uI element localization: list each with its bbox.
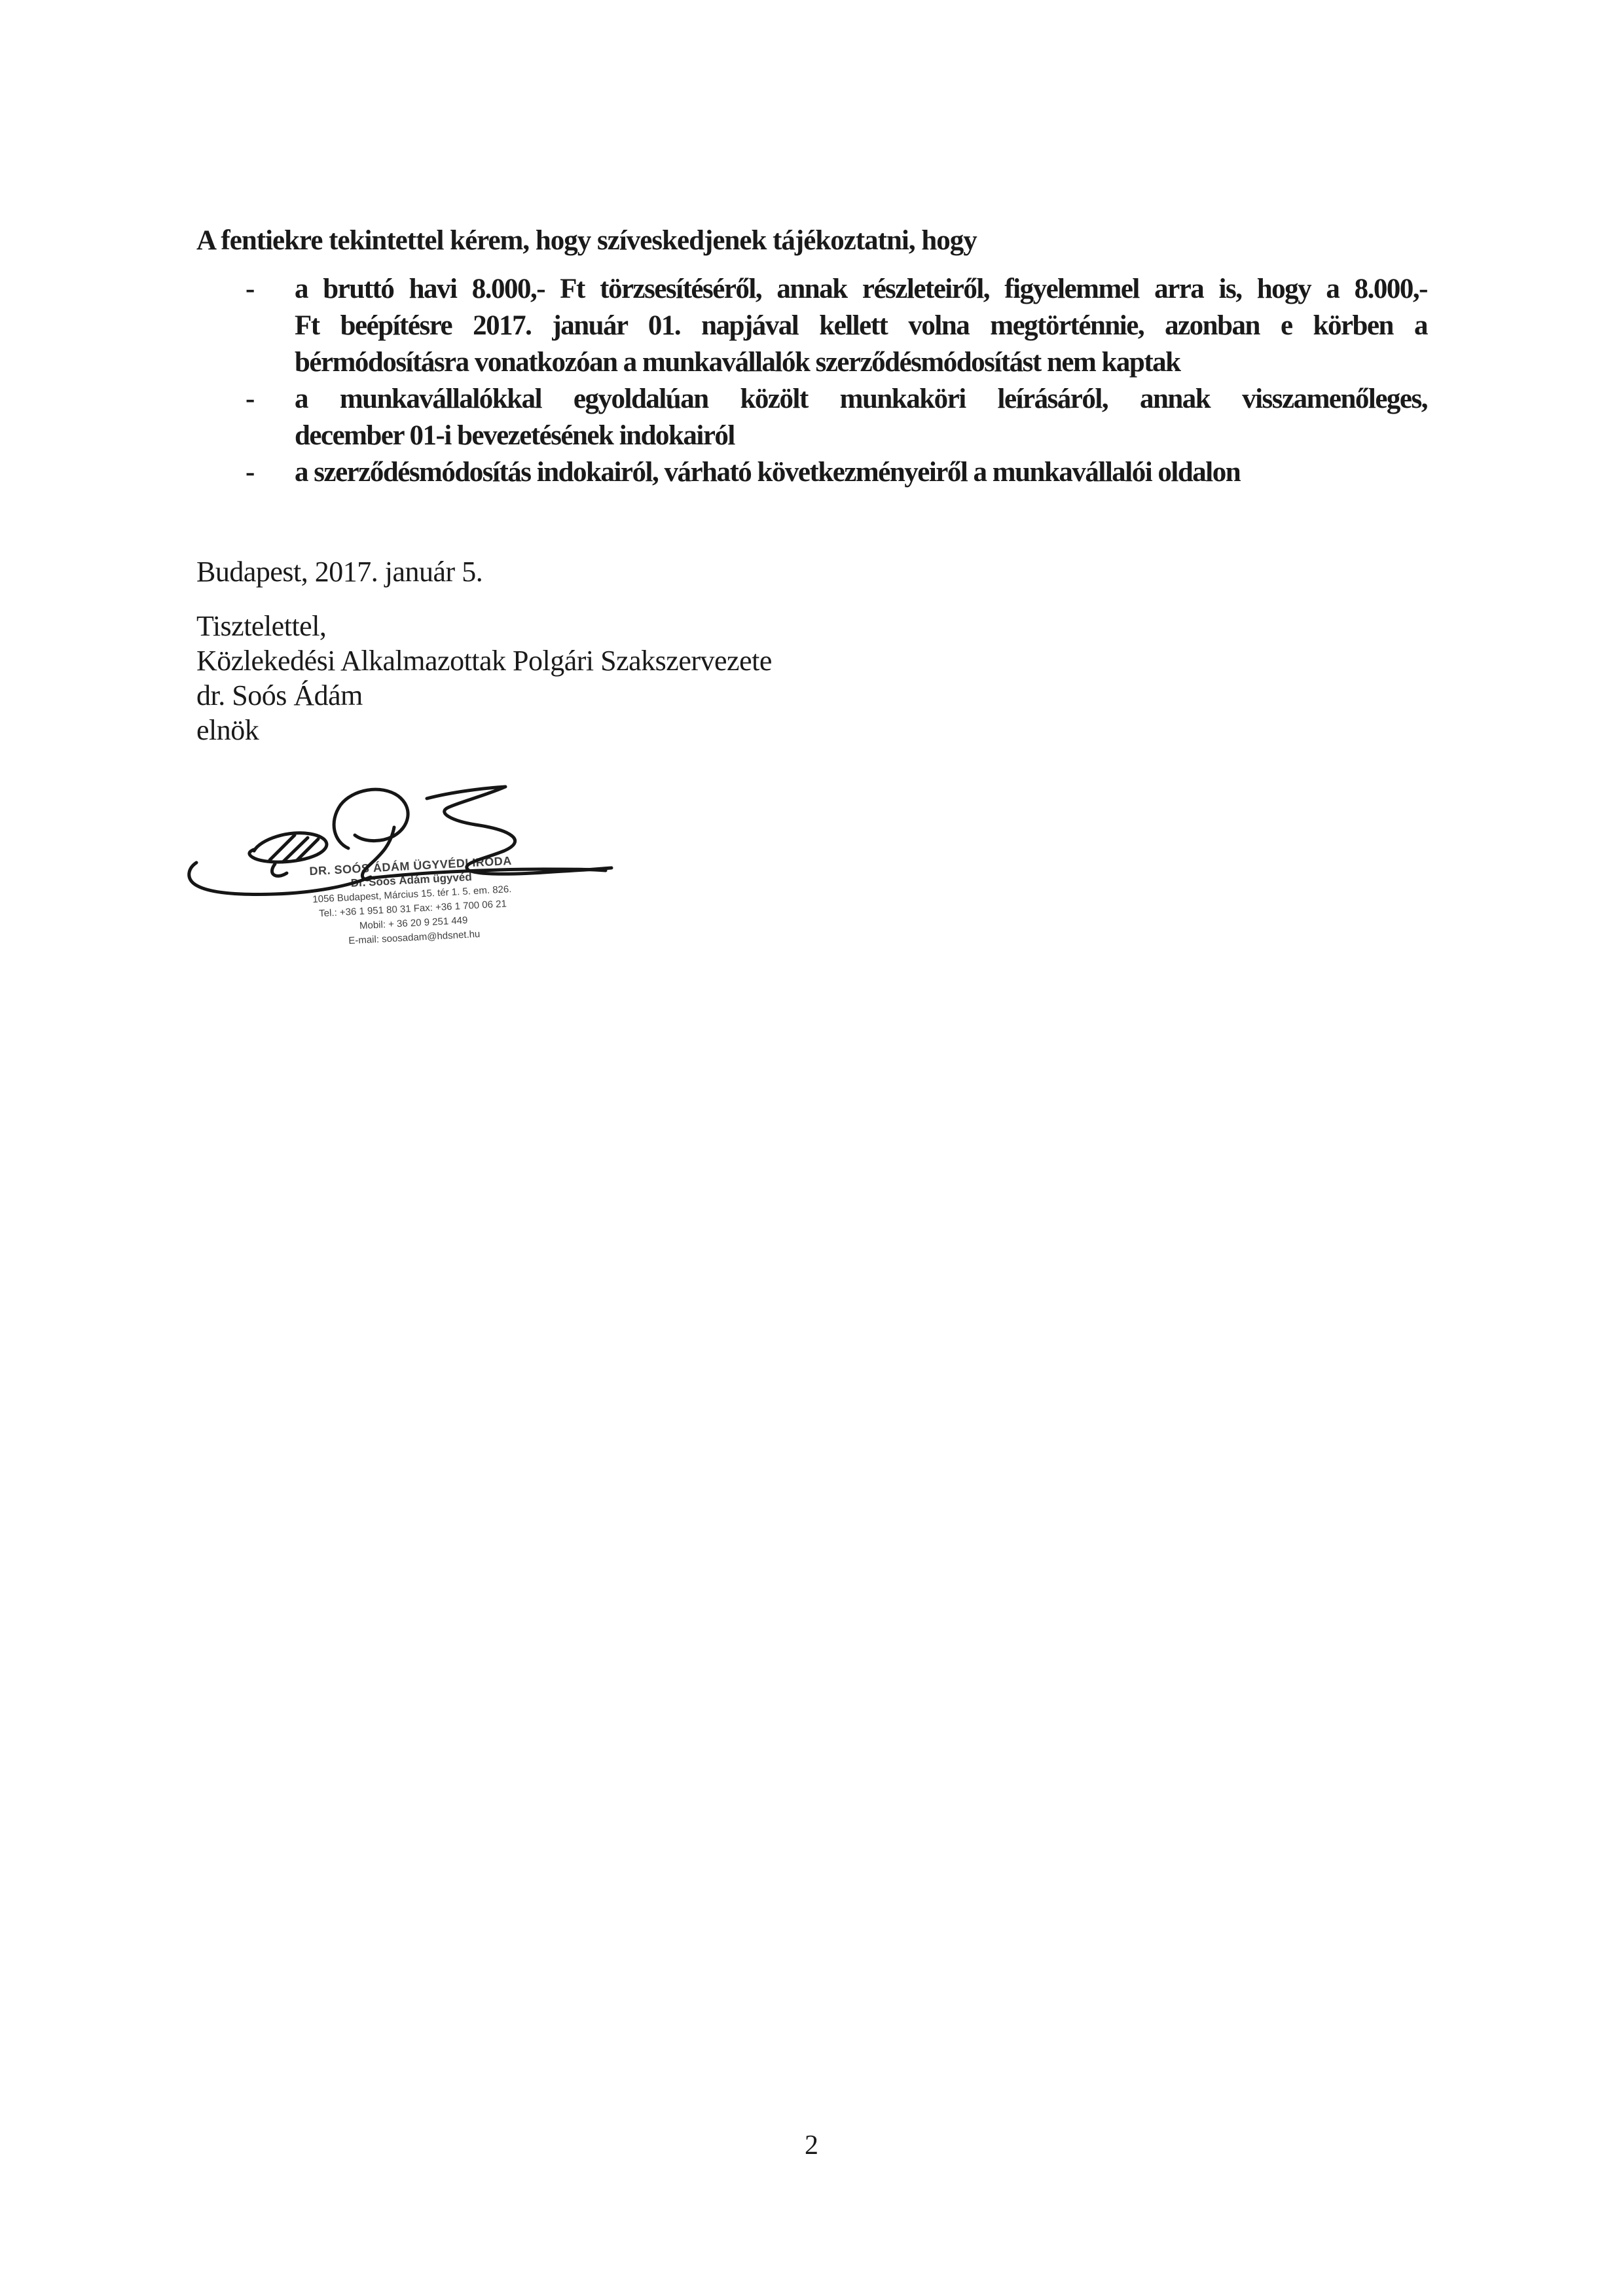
bullet-dash: - [246, 381, 254, 418]
closing-signer-name: dr. Soós Ádám [196, 678, 1427, 713]
bullet-line: a munkavállalókkal egyoldalúan közölt mu… [295, 381, 1427, 418]
bullet-dash: - [246, 271, 254, 308]
bullet-item: - a bruttó havi 8.000,- Ft törzsesítésér… [196, 271, 1427, 381]
bullet-item: - a szerződésmódosítás indokairól, várha… [196, 454, 1427, 491]
signature-stroke [362, 827, 394, 880]
bullet-line: a szerződésmódosítás indokairól, várható… [295, 454, 1427, 491]
closing-organization: Közlekedési Alkalmazottak Polgári Szaksz… [196, 643, 1427, 678]
bullet-item: - a munkavállalókkal egyoldalúan közölt … [196, 381, 1427, 454]
closing-salutation: Tisztelettel, [196, 609, 1427, 643]
bullet-line: december 01-i bevezetésének indokairól [295, 418, 1427, 454]
signature-stroke [189, 863, 371, 894]
page-number: 2 [0, 2129, 1623, 2162]
bullet-line: a bruttó havi 8.000,- Ft törzsesítéséről… [295, 271, 1427, 308]
signature-stroke [272, 864, 287, 876]
bullet-dash: - [246, 454, 254, 491]
handwritten-signature-icon [177, 764, 635, 980]
bullet-list: - a bruttó havi 8.000,- Ft törzsesítésér… [196, 271, 1427, 491]
document-page: A fentiekre tekintettel kérem, hogy szív… [0, 0, 1623, 2296]
bullet-line: Ft beépítésre 2017. január 01. napjával … [295, 308, 1427, 344]
signature-stroke [427, 787, 611, 874]
closing-block: Tisztelettel, Közlekedési Alkalmazottak … [196, 609, 1427, 747]
date-line: Budapest, 2017. január 5. [196, 554, 1427, 590]
intro-paragraph: A fentiekre tekintettel kérem, hogy szív… [196, 223, 1427, 259]
bullet-line: bérmódosításra vonatkozóan a munkavállal… [295, 344, 1427, 381]
signature-stroke [334, 789, 408, 848]
closing-signer-title: elnök [196, 713, 1427, 747]
